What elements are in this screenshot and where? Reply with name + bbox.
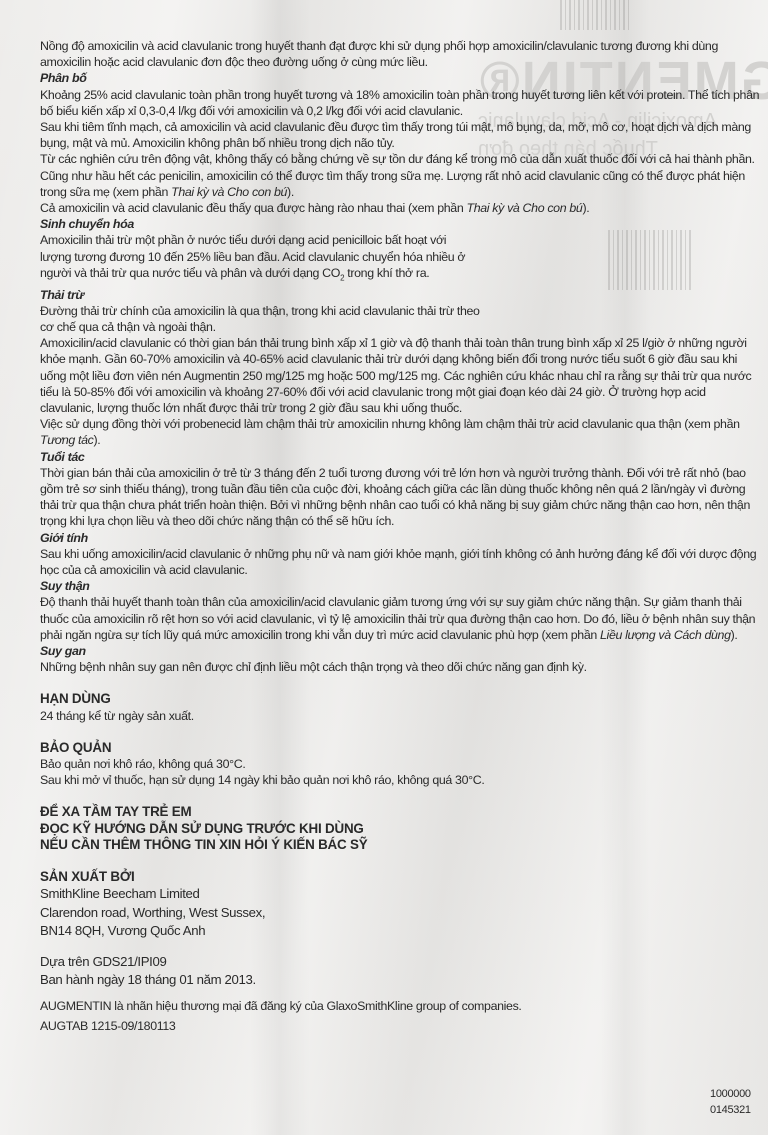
section-heading-gioi-tinh: Giới tính bbox=[40, 530, 762, 546]
section-heading-manufacturer: SẢN XUẤT BỞI bbox=[40, 869, 762, 885]
paragraph: Bảo quản nơi khô ráo, không quá 30°C. bbox=[40, 756, 762, 772]
paragraph: Cả amoxicilin và acid clavulanic đều thấ… bbox=[40, 200, 762, 216]
paragraph: Thời gian bán thải của amoxicilin ở trẻ … bbox=[40, 465, 762, 530]
paragraph: Amoxicilin/acid clavulanic có thời gian … bbox=[40, 335, 762, 416]
section-heading-tuoi-tac: Tuổi tác bbox=[40, 449, 762, 465]
paragraph: Sau khi mở vỉ thuốc, hạn sử dụng 14 ngày… bbox=[40, 772, 762, 788]
section-heading-sinh-chuyen-hoa: Sinh chuyển hóa bbox=[40, 216, 762, 232]
trademark-notice: AUGMENTIN là nhãn hiệu thương mại đã đăn… bbox=[40, 996, 762, 1016]
paragraph: Từ các nghiên cứu trên động vật, không t… bbox=[40, 151, 762, 200]
bleed-barcode-top bbox=[560, 0, 630, 30]
document-code: AUGTAB 1215-09/180113 bbox=[40, 1016, 762, 1036]
warning-line: NẾU CẦN THÊM THÔNG TIN XIN HỎI Ý KIẾN BÁ… bbox=[40, 837, 762, 853]
cross-reference: Tương tác bbox=[40, 433, 94, 447]
section-heading-thai-tru: Thải trừ bbox=[40, 287, 762, 303]
print-codes: 1000000 0145321 bbox=[710, 1086, 751, 1118]
intro-paragraph: Nồng độ amoxicilin và acid clavulanic tr… bbox=[40, 38, 762, 70]
basis-reference: Dựa trên GDS21/IPI09 bbox=[40, 953, 762, 972]
leaflet-body: Nồng độ amoxicilin và acid clavulanic tr… bbox=[40, 38, 762, 1036]
manufacturer-address: Clarendon road, Worthing, West Sussex, bbox=[40, 904, 762, 923]
warning-line: ĐỌC KỸ HƯỚNG DẪN SỬ DỤNG TRƯỚC KHI DÙNG bbox=[40, 821, 762, 837]
paragraph: Đường thải trừ chính của amoxicilin là q… bbox=[40, 303, 480, 335]
paragraph: Việc sử dụng đồng thời với probenecid là… bbox=[40, 416, 762, 448]
paragraph: Sau khi tiêm tĩnh mạch, cả amoxicilin và… bbox=[40, 119, 762, 151]
paragraph: Amoxicilin thải trừ một phần ở nước tiểu… bbox=[40, 232, 480, 286]
section-heading-suy-gan: Suy gan bbox=[40, 643, 762, 659]
print-code: 1000000 bbox=[710, 1086, 751, 1102]
print-code: 0145321 bbox=[710, 1102, 751, 1118]
section-heading-han-dung: HẠN DÙNG bbox=[40, 691, 762, 707]
warning-line: ĐỂ XA TẦM TAY TRẺ EM bbox=[40, 804, 762, 820]
cross-reference: Liều lượng và Cách dùng bbox=[600, 628, 731, 642]
section-heading-bao-quan: BẢO QUẢN bbox=[40, 740, 762, 756]
section-heading-suy-than: Suy thận bbox=[40, 578, 762, 594]
manufacturer-name: SmithKline Beecham Limited bbox=[40, 885, 762, 904]
issue-date: Ban hành ngày 18 tháng 01 năm 2013. bbox=[40, 971, 762, 990]
manufacturer-address: BN14 8QH, Vương Quốc Anh bbox=[40, 922, 762, 941]
paragraph: Sau khi uống amoxicilin/acid clavulanic … bbox=[40, 546, 762, 578]
cross-reference: Thai kỳ và Cho con bú bbox=[171, 185, 287, 199]
paragraph: Độ thanh thải huyết thanh toàn thân của … bbox=[40, 594, 762, 643]
paragraph: 24 tháng kể từ ngày sản xuất. bbox=[40, 708, 762, 724]
paragraph: Khoảng 25% acid clavulanic toàn phần tro… bbox=[40, 87, 762, 119]
cross-reference: Thai kỳ và Cho con bú bbox=[467, 201, 583, 215]
paragraph: Những bệnh nhân suy gan nên được chỉ địn… bbox=[40, 659, 762, 675]
section-heading-phan-bo: Phân bố bbox=[40, 70, 762, 86]
